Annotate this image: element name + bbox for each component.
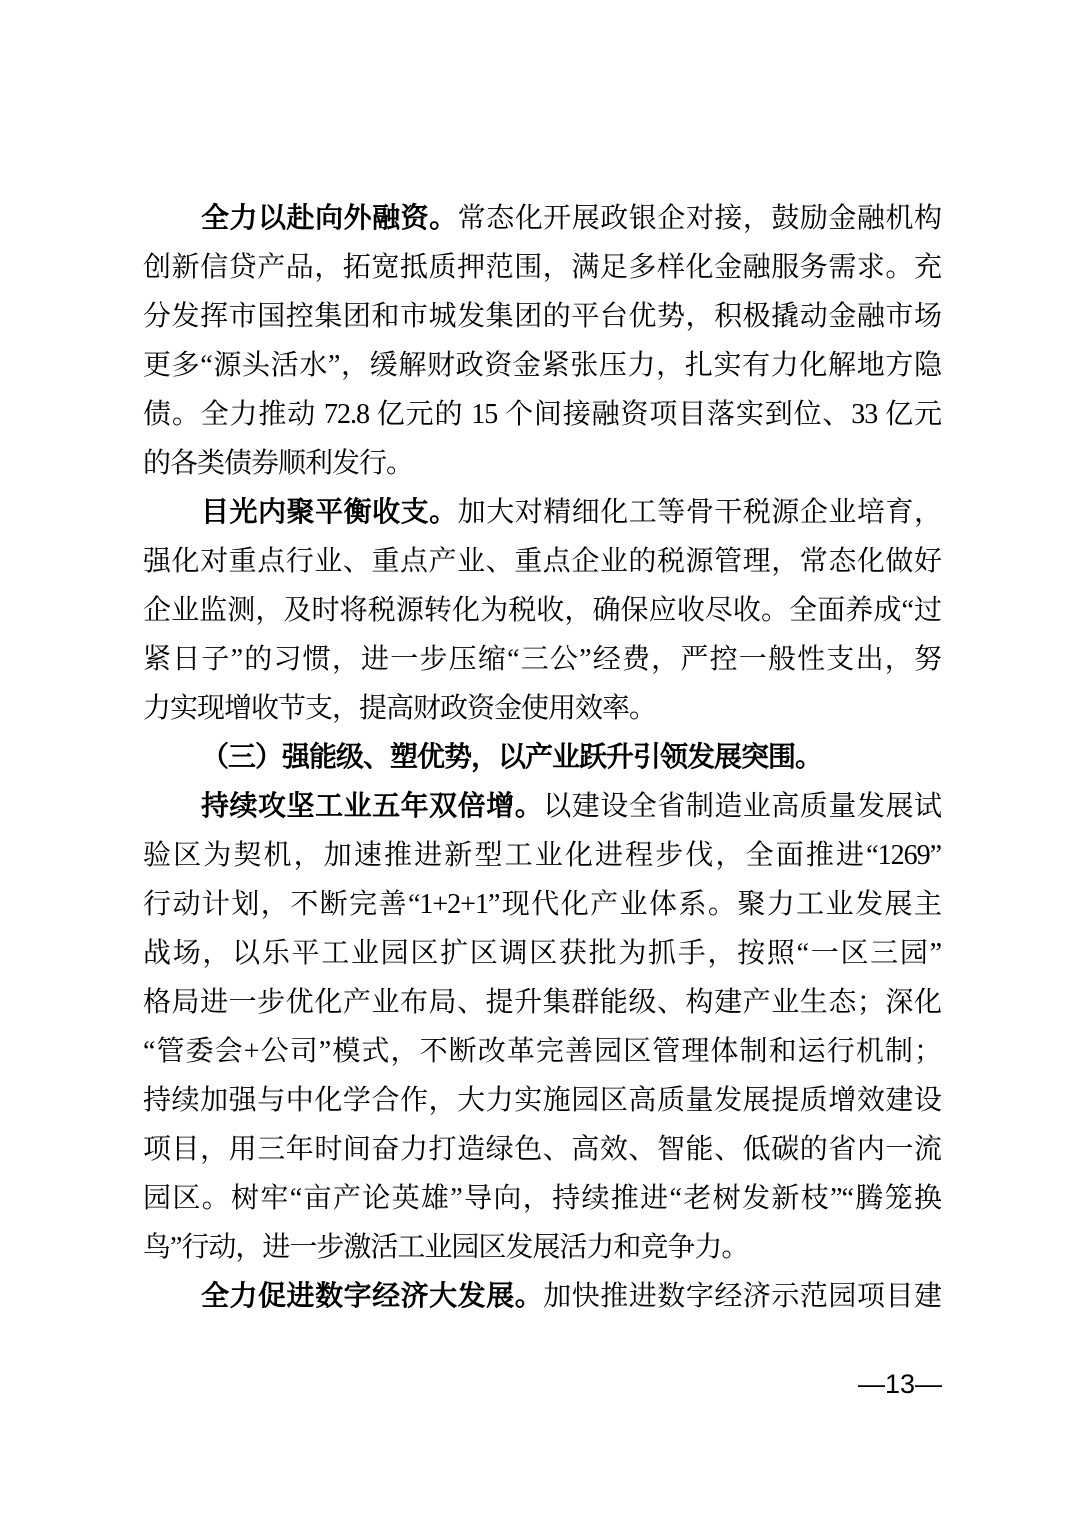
- paragraph-text: 加大对精细化工等骨干税源企业培育，: [458, 497, 941, 528]
- text-line: 持续攻坚工业五年双倍增。以建设全省制造业高质量发展试: [143, 782, 941, 831]
- paragraph-text: 更多“源头活水”，缓解财政资金紧张压力，扎实有力化解地方隐: [143, 350, 941, 381]
- paragraph-lead-text: 全力以赴向外融资。: [201, 203, 458, 234]
- paragraph-lead-text: 全力促进数字经济大发展。: [201, 1281, 543, 1312]
- paragraph-text: 格局进一步优化产业布局、提升集群能级、构建产业生态；深化: [143, 987, 941, 1018]
- paragraph-text: 以建设全省制造业高质量发展试: [543, 791, 941, 822]
- paragraph-text: 创新信贷产品，拓宽抵质押范围，满足多样化金融服务需求。充: [143, 252, 941, 283]
- paragraph-text: 紧日子”的习惯，进一步压缩“三公”经费，严控一般性支出，努: [143, 644, 941, 675]
- text-line: 格局进一步优化产业布局、提升集群能级、构建产业生态；深化: [143, 978, 941, 1027]
- text-line: “管委会+公司”模式，不断改革完善园区管理体制和运行机制；: [143, 1027, 941, 1076]
- page-number: —13—: [858, 1368, 942, 1400]
- paragraph-lead-text: 持续攻坚工业五年双倍增。: [201, 791, 543, 822]
- text-line: 项目，用三年时间奋力打造绿色、高效、智能、低碳的省内一流: [143, 1125, 941, 1174]
- text-line: 行动计划，不断完善“1+2+1”现代化产业体系。聚力工业发展主: [143, 880, 941, 929]
- text-line: 紧日子”的习惯，进一步压缩“三公”经费，严控一般性支出，努: [143, 635, 941, 684]
- paragraph-text: 加快推进数字经济示范园项目建: [543, 1281, 941, 1312]
- text-line: 全力促进数字经济大发展。加快推进数字经济示范园项目建: [143, 1272, 941, 1321]
- paragraph-text: 常态化开展政银企对接，鼓励金融机构: [458, 203, 941, 234]
- paragraph-text: 企业监测，及时将税源转化为税收，确保应收尽收。全面养成“过: [143, 595, 941, 626]
- text-line: 更多“源头活水”，缓解财政资金紧张压力，扎实有力化解地方隐: [143, 341, 941, 390]
- text-line: 债。全力推动 72.8 亿元的 15 个间接融资项目落实到位、33 亿元: [143, 390, 941, 439]
- paragraph-text: 行动计划，不断完善“1+2+1”现代化产业体系。聚力工业发展主: [143, 889, 941, 920]
- text-line: 持续加强与中化学合作，大力实施园区高质量发展提质增效建设: [143, 1076, 941, 1125]
- para-balance-budget: 目光内聚平衡收支。加大对精细化工等骨干税源企业培育，强化对重点行业、重点产业、重…: [143, 488, 941, 733]
- text-line: 战场，以乐平工业园区扩区调区获批为抓手，按照“一区三园”: [143, 929, 941, 978]
- paragraph-text: “管委会+公司”模式，不断改革完善园区管理体制和运行机制；: [143, 1036, 941, 1067]
- document-body: 全力以赴向外融资。常态化开展政银企对接，鼓励金融机构创新信贷产品，拓宽抵质押范围…: [143, 194, 941, 1321]
- paragraph-text: 力实现增收节支，提高财政资金使用效率。: [143, 693, 656, 724]
- text-line: 目光内聚平衡收支。加大对精细化工等骨干税源企业培育，: [143, 488, 941, 537]
- text-line: 创新信贷产品，拓宽抵质押范围，满足多样化金融服务需求。充: [143, 243, 941, 292]
- paragraph-text: 的各类债券顺利发行。: [143, 448, 413, 479]
- text-line: 分发挥市国控集团和市城发集团的平台优势，积极撬动金融市场: [143, 292, 941, 341]
- paragraph-lead-text: 目光内聚平衡收支。: [201, 497, 458, 528]
- paragraph-text: 债。全力推动 72.8 亿元的 15 个间接融资项目落实到位、33 亿元: [143, 399, 941, 430]
- paragraph-lead-text: （三）强能级、塑优势，以产业跃升引领发展突围。: [201, 742, 822, 773]
- text-line: （三）强能级、塑优势，以产业跃升引领发展突围。: [143, 733, 941, 782]
- text-line: 验区为契机，加速推进新型工业化进程步伐，全面推进“1269”: [143, 831, 941, 880]
- paragraph-text: 分发挥市国控集团和市城发集团的平台优势，积极撬动金融市场: [143, 301, 941, 332]
- text-line: 的各类债券顺利发行。: [143, 439, 941, 488]
- para-external-financing: 全力以赴向外融资。常态化开展政银企对接，鼓励金融机构创新信贷产品，拓宽抵质押范围…: [143, 194, 941, 488]
- para-digital-economy: 全力促进数字经济大发展。加快推进数字经济示范园项目建: [143, 1272, 941, 1321]
- paragraph-text: 战场，以乐平工业园区扩区调区获批为抓手，按照“一区三园”: [143, 938, 941, 969]
- paragraph-text: 验区为契机，加速推进新型工业化进程步伐，全面推进“1269”: [143, 840, 941, 871]
- paragraph-text: 园区。树牢“亩产论英雄”导向，持续推进“老树发新枝”“腾笼换: [143, 1183, 941, 1214]
- text-line: 力实现增收节支，提高财政资金使用效率。: [143, 684, 941, 733]
- text-line: 全力以赴向外融资。常态化开展政银企对接，鼓励金融机构: [143, 194, 941, 243]
- text-line: 企业监测，及时将税源转化为税收，确保应收尽收。全面养成“过: [143, 586, 941, 635]
- text-line: 园区。树牢“亩产论英雄”导向，持续推进“老树发新枝”“腾笼换: [143, 1174, 941, 1223]
- paragraph-text: 强化对重点行业、重点产业、重点企业的税源管理，常态化做好: [143, 546, 941, 577]
- text-line: 强化对重点行业、重点产业、重点企业的税源管理，常态化做好: [143, 537, 941, 586]
- paragraph-text: 持续加强与中化学合作，大力实施园区高质量发展提质增效建设: [143, 1085, 941, 1116]
- para-industry-doubling: 持续攻坚工业五年双倍增。以建设全省制造业高质量发展试验区为契机，加速推进新型工业…: [143, 782, 941, 1272]
- document-page: 全力以赴向外融资。常态化开展政银企对接，鼓励金融机构创新信贷产品，拓宽抵质押范围…: [0, 0, 1074, 1520]
- paragraph-text: 鸟”行动，进一步激活工业园区发展活力和竞争力。: [143, 1232, 748, 1263]
- heading-section-three: （三）强能级、塑优势，以产业跃升引领发展突围。: [143, 733, 941, 782]
- text-line: 鸟”行动，进一步激活工业园区发展活力和竞争力。: [143, 1223, 941, 1272]
- paragraph-text: 项目，用三年时间奋力打造绿色、高效、智能、低碳的省内一流: [143, 1134, 941, 1165]
